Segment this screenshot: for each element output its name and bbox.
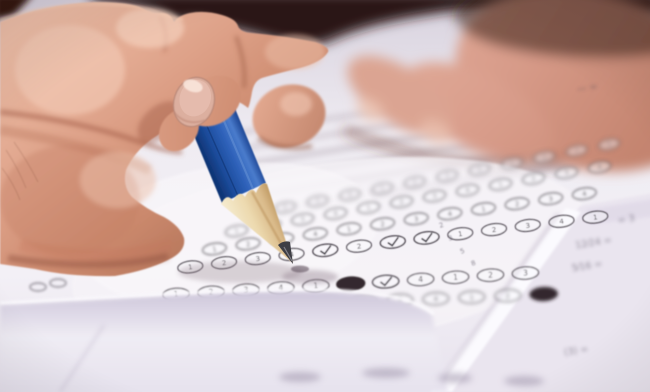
- exam-photo: 12⁄24 =5⁄16 == 3— =(3) = 123412341234123…: [0, 0, 650, 392]
- vignette: [0, 0, 650, 392]
